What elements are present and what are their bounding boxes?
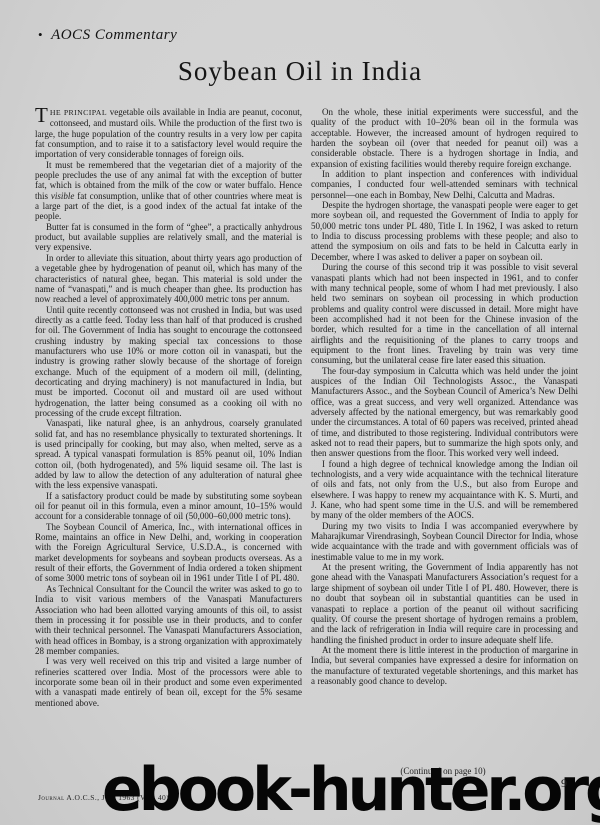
paragraph: On the whole, these initial experiments … (311, 107, 578, 169)
paragraph: Vanaspati, like natural ghee, is an anhy… (35, 418, 302, 490)
paragraph: During my two visits to India I was acco… (311, 521, 578, 562)
paragraph: At the present writing, the Government o… (311, 562, 578, 645)
journal-page: •AOCS Commentary Soybean Oil in India Th… (0, 0, 600, 825)
watermark: ebook-hunter.org (102, 760, 600, 820)
paragraph: As Technical Consultant for the Council … (35, 584, 302, 656)
paragraph: I found a high degree of technical knowl… (311, 459, 578, 521)
page-number: 9 (561, 776, 567, 791)
left-column: The principal vegetable oils available i… (35, 107, 302, 787)
lead-smallcaps: he principal (50, 108, 107, 117)
article-body: The principal vegetable oils available i… (35, 107, 578, 787)
right-column: On the whole, these initial experiments … (311, 107, 578, 787)
kicker-label: AOCS Commentary (51, 27, 177, 43)
paragraph: In addition to plant inspection and conf… (311, 169, 578, 200)
paragraph: I was very well received on this trip an… (35, 656, 302, 708)
article-title: Soybean Oil in India (0, 56, 600, 87)
drop-cap: T (35, 107, 48, 124)
paragraph: Butter fat is consumed in the form of “g… (35, 222, 302, 253)
bullet-icon: • (38, 27, 43, 42)
paragraph: Until quite recently cottonseed was not … (35, 305, 302, 419)
paragraph: During the course of this second trip it… (311, 262, 578, 365)
paragraph: In order to alleviate this situation, ab… (35, 253, 302, 305)
paragraph: At the moment there is little interest i… (311, 645, 578, 686)
left-paragraphs: It must be remembered that the vegetaria… (35, 160, 302, 708)
paragraph: Despite the hydrogen shortage, the vanas… (311, 200, 578, 262)
lead-paragraph: The principal vegetable oils available i… (35, 107, 302, 160)
paragraph: It must be remembered that the vegetaria… (35, 160, 302, 222)
paragraph: The four-day symposium in Calcutta which… (311, 366, 578, 459)
right-paragraphs: On the whole, these initial experiments … (311, 107, 578, 686)
section-kicker: •AOCS Commentary (38, 27, 177, 44)
paragraph: The Soybean Council of America, Inc., wi… (35, 522, 302, 584)
paragraph: If a satisfactory product could be made … (35, 491, 302, 522)
